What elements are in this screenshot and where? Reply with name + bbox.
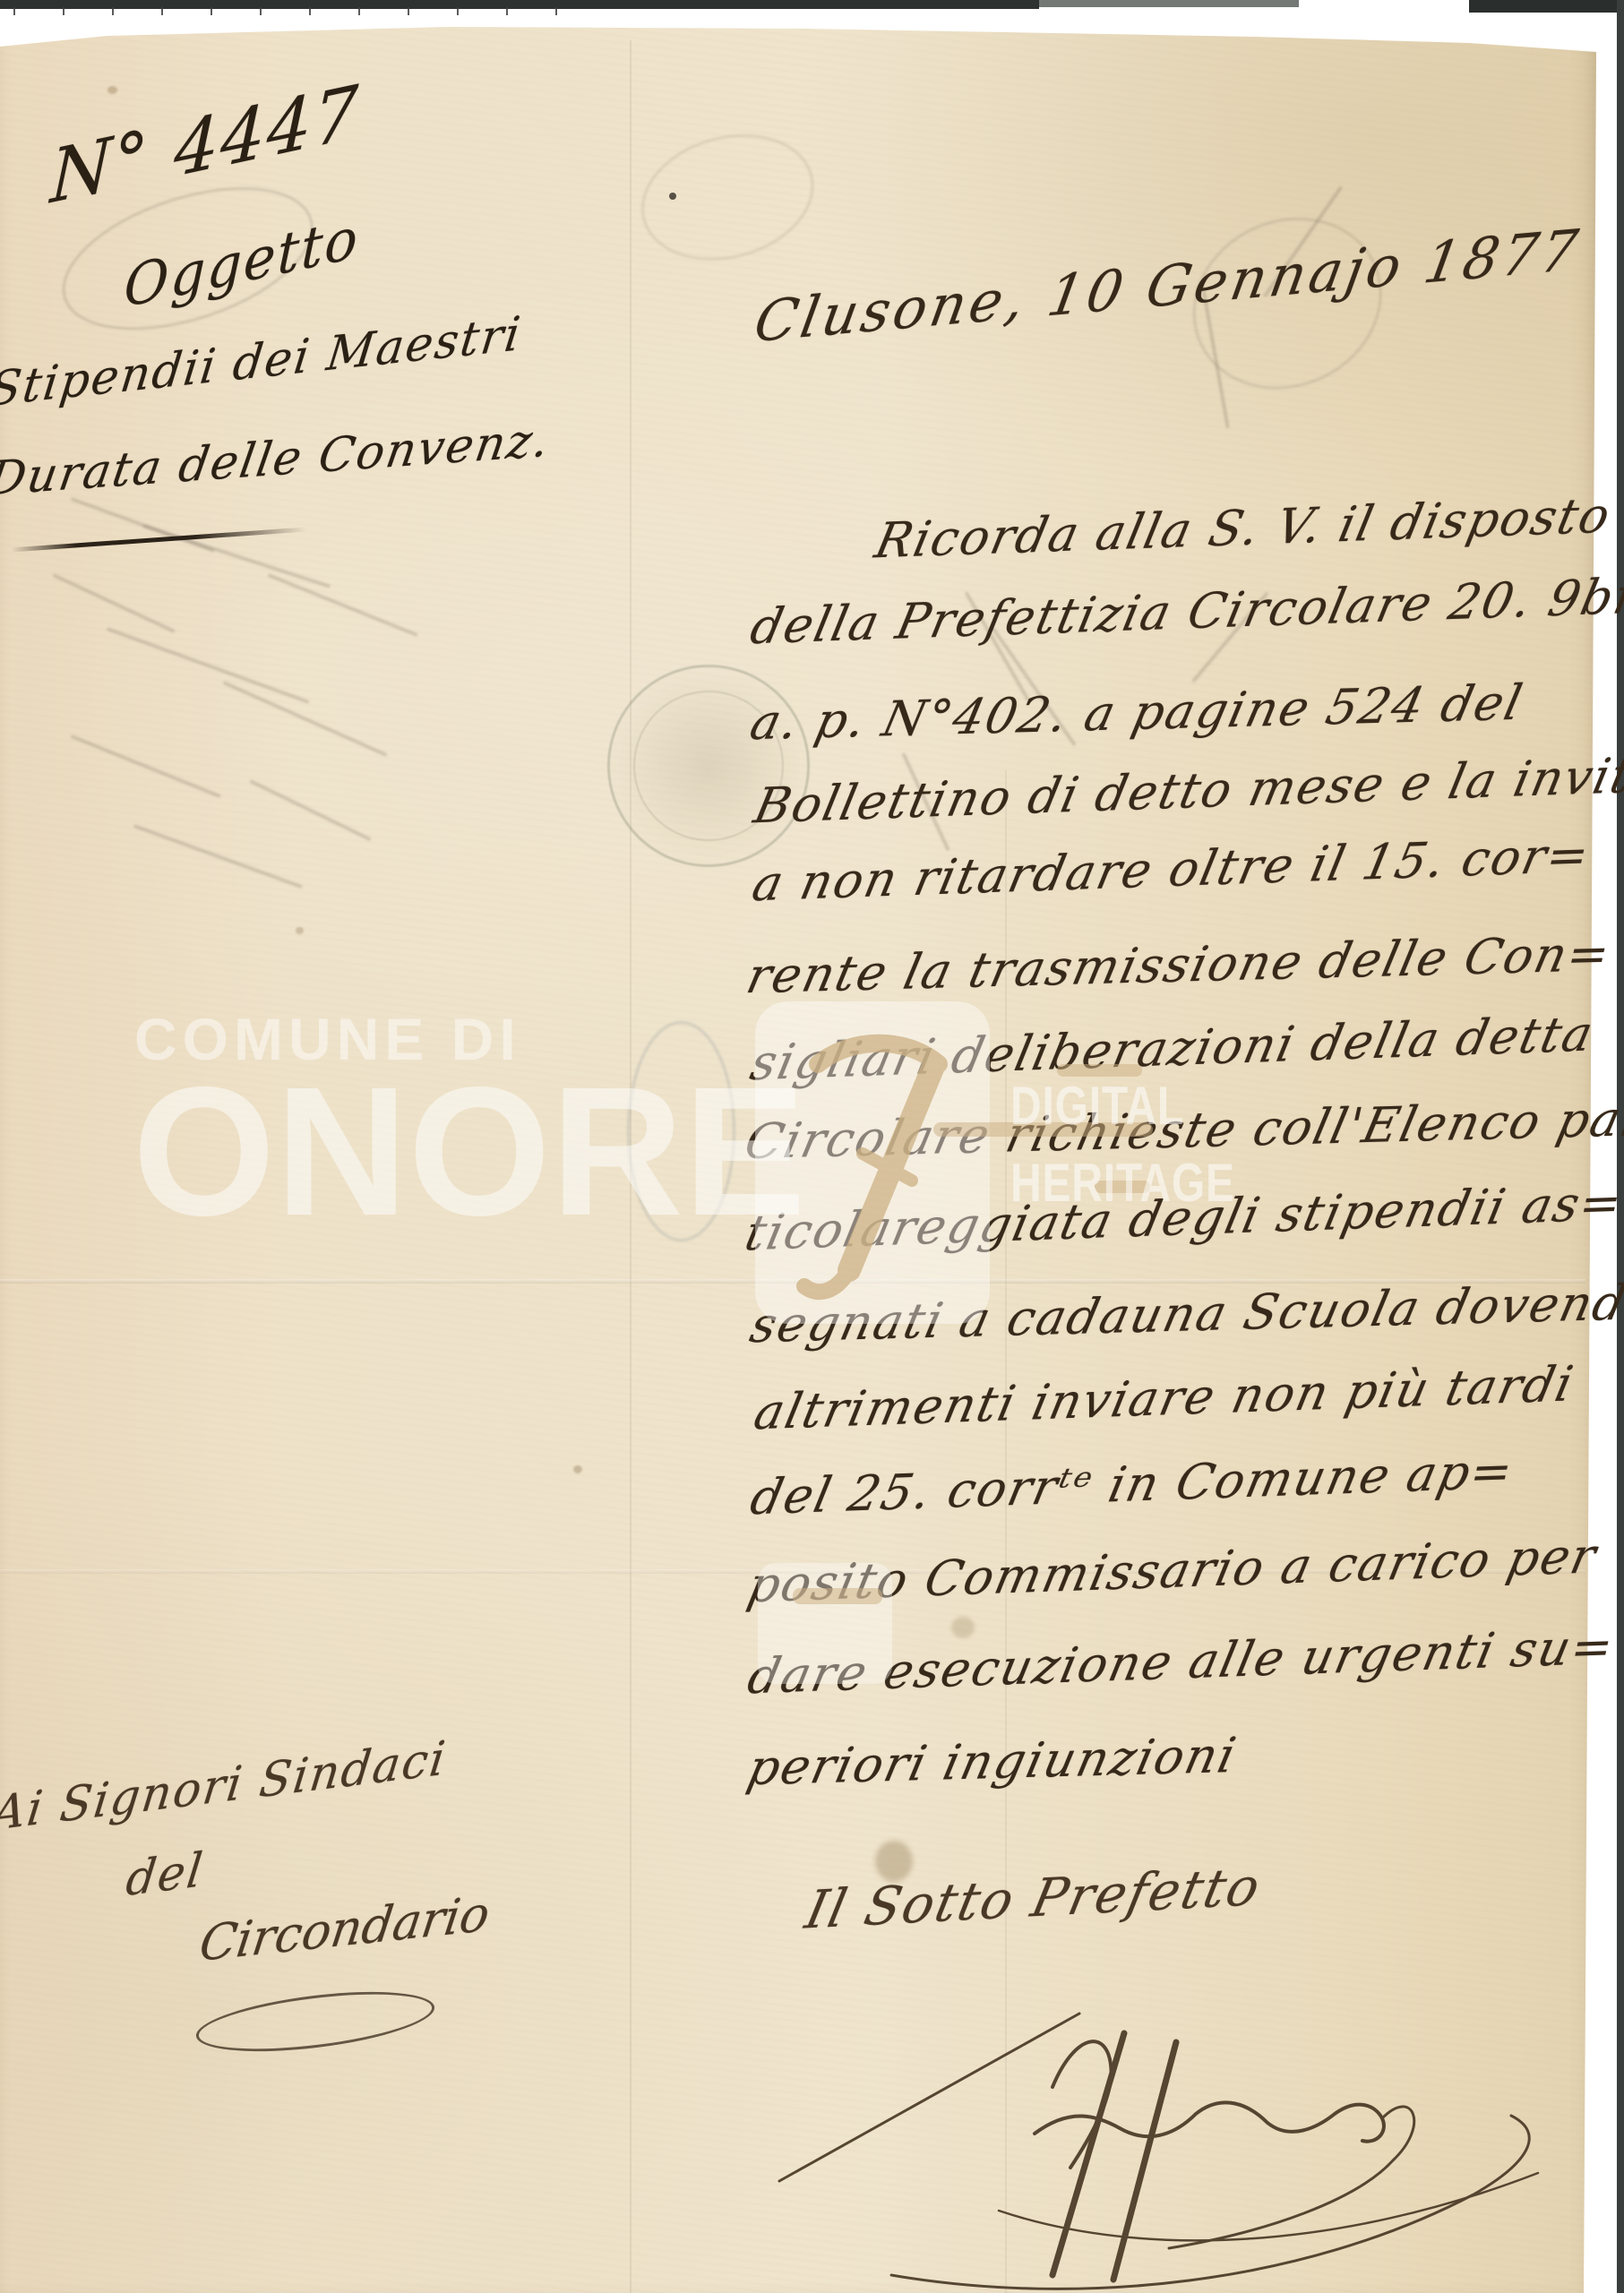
address-line: del (123, 1842, 207, 1907)
scanned-letter-page: N° 4447 Oggetto Stipendii dei Maestri Du… (0, 0, 1624, 2293)
watermark-onore-text: ONORE (133, 1046, 806, 1258)
watermark-small-block (758, 1563, 892, 1684)
scanner-top-edge-right (1469, 0, 1624, 13)
signature-flourish (766, 1980, 1617, 2293)
watermark-digital-text: DIGITAL (1010, 1075, 1184, 1137)
scanner-top-edge-mid (1039, 0, 1299, 7)
paper-stain (296, 927, 304, 934)
watermark-crest-logo-icon (755, 1001, 990, 1324)
paper-stain (573, 1465, 582, 1473)
ruler-ticks (13, 7, 605, 15)
watermark-tan-bar (793, 1588, 882, 1604)
watermark-heritage-text: HERITAGE (1010, 1152, 1235, 1214)
paper-stain (107, 86, 117, 94)
paper-stain (951, 1617, 975, 1638)
